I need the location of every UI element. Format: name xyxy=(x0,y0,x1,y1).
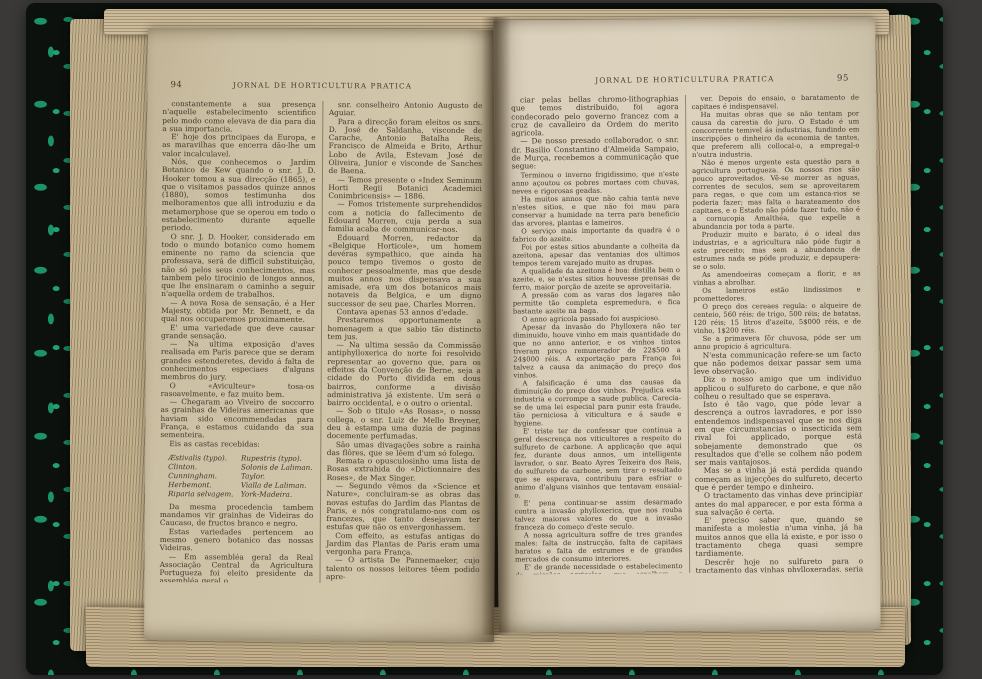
variety-item: Rupestris (typo). xyxy=(241,453,314,462)
letter-paragraph: Ha muitas obras que se não tentam por ca… xyxy=(692,110,860,160)
left-page-column-2: snr. conselheiro Antonio Augusto de Agui… xyxy=(319,101,488,584)
grape-varieties-list: Æstivalis (typo).Clinton.Cunningham.Herb… xyxy=(160,448,314,504)
letter-paragraph: Terminou o inverno frigidissimo, que n'e… xyxy=(512,170,680,196)
right-col1-letter-paragraphs: Terminou o inverno frigidissimo, que n'e… xyxy=(512,170,684,575)
paragraph: E' preciso saber que, quando se manifest… xyxy=(695,516,863,559)
letter-paragraph: Não é menos urgente esta questão para a … xyxy=(692,158,860,232)
letter-paragraph: ver. Depois do ensaio, o baratamento de … xyxy=(691,93,859,110)
paragraph: — De nosso presado collaborador, o snr. … xyxy=(511,136,679,171)
letter-paragraph: A pressão com as varas dos lagares não p… xyxy=(513,290,681,316)
paragraph: Diz o nosso amigo que um individuo appli… xyxy=(694,375,862,401)
letter-paragraph: E' de grande necessidade o estabelecimen… xyxy=(515,562,683,574)
right-page-content: JORNAL DE HORTICULTURA PRATICA 95 ciar p… xyxy=(493,17,880,574)
page-edges-left xyxy=(70,19,152,651)
letter-paragraph: E' pena continuar-se assim desarmado con… xyxy=(515,498,683,532)
left-col1-paragraphs: constantemente a sua presença n'aquelle … xyxy=(160,100,316,449)
paragraph: — Na ultima sessão da Commissão antiphyl… xyxy=(327,341,481,408)
paragraph: — Na ultima exposição d'aves realisada e… xyxy=(161,340,315,382)
variety-item: Clinton. xyxy=(168,462,241,471)
paragraph: — Sob o titulo «As Rosas», o nosso colle… xyxy=(327,407,481,441)
paragraph: Edouard Morren, redactor da «Belgique Ho… xyxy=(328,234,482,309)
paragraph: — Segundo vêmos da «Science et Nature», … xyxy=(326,482,480,533)
letter-paragraph: Ha muitos annos que não cahia tanta neve… xyxy=(512,194,680,228)
paragraph: N'esta communicação refere-se um facto q… xyxy=(694,350,862,376)
right-page-columns: ciar pelas bellas chromo-lithographias q… xyxy=(505,93,869,574)
paragraph: — A nova Rosa de sensação, é a Her Majes… xyxy=(161,299,315,325)
variety-item: Cunningham. xyxy=(168,471,241,480)
variety-item: York-Madeira. xyxy=(241,489,314,498)
book-photo: 94 JORNAL DE HORTICULTURA PRATICA consta… xyxy=(0,0,982,679)
right-page-running-title: JORNAL DE HORTICULTURA PRATICA xyxy=(511,73,859,85)
right-col2-letter-paragraphs: ver. Depois do ensaio, o baratamento de … xyxy=(691,93,861,351)
paragraph: E' hoje dos principaes da Europa, e as m… xyxy=(162,133,316,159)
letter-paragraph: O preço dos cereaes regula: o alqueire d… xyxy=(693,302,861,336)
paragraph: — O artista De Pannemaeker, cujo talento… xyxy=(326,557,480,583)
paragraph: O snr. J. D. Hooker, considerado em todo… xyxy=(161,233,315,300)
variety-item: Herbemont. xyxy=(168,480,241,489)
right-page-number: 95 xyxy=(837,74,849,84)
left-page-number: 94 xyxy=(170,80,182,90)
paragraph: Nós, que conhecemos o Jardim Botanico de… xyxy=(162,158,316,233)
letter-paragraph: Os lameiros estão lindissimos e promette… xyxy=(693,286,861,303)
paragraph: Para a direcção foram eleitos os snrs. D… xyxy=(328,118,482,177)
paragraph: constantemente a sua presença n'aquelle … xyxy=(162,100,316,134)
paragraph: — Chegaram ao Viveiro de soccorro as gra… xyxy=(160,398,314,440)
left-page-running-title: JORNAL DE HORTICULTURA PRATICA xyxy=(162,80,482,91)
paragraph: Da mesma procedencia tambem mandamos vir… xyxy=(160,503,314,529)
letter-paragraph: Foi por estes sitios abundante a colheit… xyxy=(512,242,680,268)
paragraph: Prestaremos opportunamente a homenagem a… xyxy=(327,316,481,342)
letter-paragraph: Apesar da invasão do Phylloxera não ter … xyxy=(513,322,681,380)
book-cover-marble: 94 JORNAL DE HORTICULTURA PRATICA consta… xyxy=(26,3,943,675)
paragraph: O tractamento das vinhas deve principiar… xyxy=(695,491,863,517)
left-col2-paragraphs: snr. conselheiro Antonio Augusto de Agui… xyxy=(326,101,482,582)
variety-item: Æstivalis (typo). xyxy=(168,453,241,462)
variety-item: Vialla de Laliman. xyxy=(241,480,314,489)
left-page-content: 94 JORNAL DE HORTICULTURA PRATICA consta… xyxy=(144,28,497,584)
paragraph: — Temos presente o «Index Seminum Horti … xyxy=(328,176,482,202)
paragraph: Remata o opusculosinho uma lista de Rosa… xyxy=(327,457,481,483)
left-page-header: 94 JORNAL DE HORTICULTURA PRATICA xyxy=(162,80,482,98)
paragraph: ciar pelas bellas chromo-lithographias q… xyxy=(511,95,679,138)
letter-paragraph: O serviço mais importante da quadra é o … xyxy=(512,226,680,243)
letter-paragraph: A falsificação é uma das causas da dimin… xyxy=(513,378,681,428)
paragraph: Eis as castas recebidas: xyxy=(160,440,314,449)
paragraph: Mas se a vinha já está perdida quando co… xyxy=(695,466,863,492)
right-col2-paragraphs: N'esta communicação refere-se um facto q… xyxy=(694,350,864,573)
right-col1-paragraphs: ciar pelas bellas chromo-lithographias q… xyxy=(511,95,679,171)
right-page-column-2: ver. Depois do ensaio, o baratamento de … xyxy=(684,93,869,573)
paragraph: Com effeito, as estufas antigas do Jardi… xyxy=(326,532,480,558)
letter-paragraph: As amendoeiras começam a florir, e as vi… xyxy=(693,270,861,287)
paragraph: Isto é tão vago, que póde levar a descre… xyxy=(694,400,862,468)
paragraph: — Em assembléa geral da Real Associação … xyxy=(159,553,313,583)
left-col1-paragraphs-after: Da mesma procedencia tambem mandamos vir… xyxy=(159,503,313,583)
variety-item: Solonis de Laliman. xyxy=(241,462,314,471)
variety-item: Riparia selvagem. xyxy=(168,489,241,498)
varieties-left-column: Æstivalis (typo).Clinton.Cunningham.Herb… xyxy=(168,453,241,498)
left-page-columns: constantemente a sua presença n'aquelle … xyxy=(153,100,488,584)
paragraph: snr. conselheiro Antonio Augusto de Agui… xyxy=(329,101,483,118)
paragraph: Descrêr hoje no sulfureto para o tractam… xyxy=(696,557,864,573)
letter-paragraph: A qualidade da azeitona é boa: distilla … xyxy=(512,266,680,292)
left-page: 94 JORNAL DE HORTICULTURA PRATICA consta… xyxy=(144,28,498,642)
varieties-right-column: Rupestris (typo).Solonis de Laliman.Tayl… xyxy=(241,453,314,498)
paragraph: Estas variedades pertencem ao mesmo gene… xyxy=(160,528,314,554)
right-page: JORNAL DE HORTICULTURA PRATICA 95 ciar p… xyxy=(493,17,880,632)
variety-item: Taylor. xyxy=(241,471,314,480)
letter-paragraph: A nossa agricultura soffre de tres grand… xyxy=(515,530,683,564)
left-page-column-1: constantemente a sua presença n'aquelle … xyxy=(153,100,321,583)
letter-paragraph: Produzir muito e barato, é o ideal das i… xyxy=(693,230,861,272)
letter-paragraph: E' triste ter de confessar que continua … xyxy=(514,426,682,500)
paragraph: — Fomos tristemente surprehendidos com a… xyxy=(328,200,482,234)
right-page-header: JORNAL DE HORTICULTURA PRATICA 95 xyxy=(511,73,859,92)
right-page-column-1: ciar pelas bellas chromo-lithographias q… xyxy=(505,95,689,575)
